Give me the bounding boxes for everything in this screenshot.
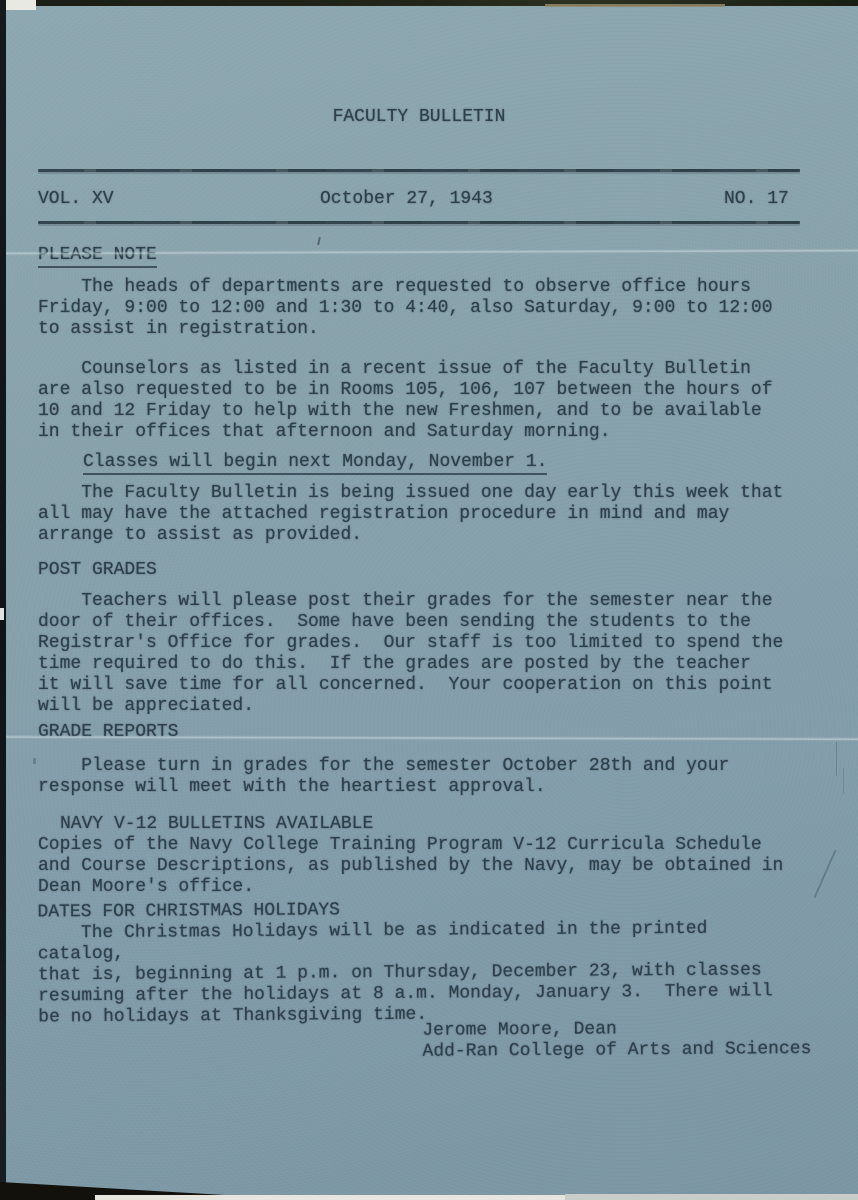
scan-edge-bottom-gray-strip [565,1194,858,1200]
signature-organization: Add-Ran College of Arts and Sciences [422,1039,800,1063]
grade-reports-paragraph: Please turn in grades for the semester O… [38,756,800,798]
section-heading-grade-reports: GRADE REPORTS [38,722,800,743]
section-heading-navy-bulletins: NAVY V-12 BULLETINS AVAILABLE [60,814,800,835]
page-title: FACULTY BULLETIN [38,107,800,128]
scan-edge-left-speck [0,608,4,620]
issue-date: October 27, 1943 [320,189,493,210]
signature-block: Jerome Moore, Dean Add-Ran College of Ar… [422,1018,800,1063]
navy-bulletins-paragraph: Copies of the Navy College Training Prog… [38,835,800,898]
issue-number: NO. 17 [724,189,789,210]
post-grades-paragraph: Teachers will please post their grades f… [38,591,800,717]
stray-diagonal-stroke [814,850,837,898]
masthead-rule-bottom [38,221,800,224]
scan-edge-bottom-white-strip [95,1195,565,1200]
please-note-label: PLEASE NOTE [38,245,157,268]
masthead: VOL. XV October 27, 1943 NO. 17 [38,189,800,210]
stray-ink-tick-left [33,758,36,764]
typewritten-content: FACULTY BULLETIN VOL. XV October 27, 194… [38,0,800,1065]
classes-begin-text: Classes will begin next Monday, November… [83,452,547,475]
please-note-paragraph-1: The heads of departments are requested t… [38,277,800,340]
section-heading-please-note: PLEASE NOTE [38,245,800,266]
section-heading-post-grades: POST GRADES [38,560,800,581]
scanned-bulletin-page: FACULTY BULLETIN VOL. XV October 27, 194… [0,0,858,1200]
please-note-paragraph-2: Counselors as listed in a recent issue o… [38,359,800,443]
signature-name: Jerome Moore, Dean [422,1018,800,1042]
stray-pencil-line-right-1 [836,742,837,776]
scan-edge-top [0,0,858,6]
stray-pencil-line-right-2 [843,768,844,794]
classes-begin-announcement: Classes will begin next Monday, November… [83,452,800,473]
masthead-rule-top [38,169,800,172]
please-note-paragraph-3: The Faculty Bulletin is being issued one… [38,483,800,546]
bottom-section-group: DATES FOR CHRISTMAS HOLIDAYS The Christm… [37,897,800,1065]
scan-edge-top-tan-strip [545,4,725,7]
scan-edge-left [0,0,6,1200]
volume-label: VOL. XV [38,189,114,210]
christmas-holidays-paragraph: The Christmas Holidays will be as indica… [38,918,801,1028]
